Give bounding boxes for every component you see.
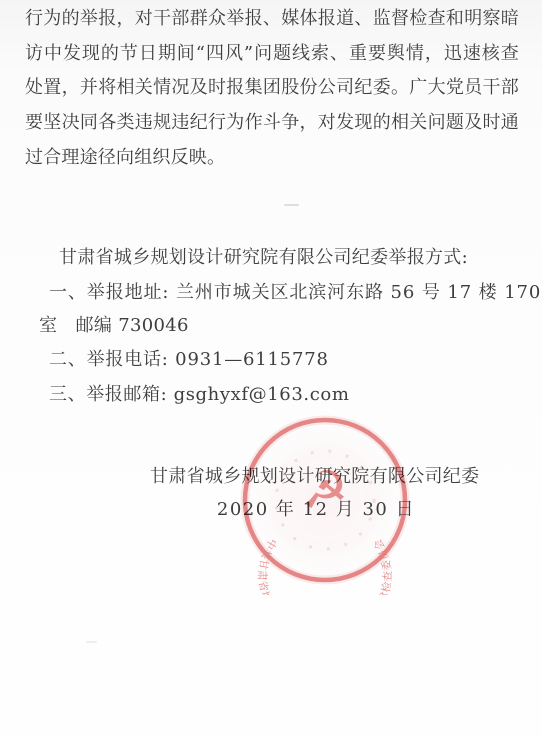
paragraph-line: 要坚决同各类违规违纪行为作斗争，对发现的相关问题及时通 — [25, 106, 519, 141]
paragraph-line: 行为的举报，对干部群众举报、媒体报道、监督检查和明察暗 — [25, 2, 519, 37]
official-seal: 中共甘肃省城乡规划设计研究院有限公司纪律检查委员会 ☭ — [230, 405, 420, 595]
contact-section-heading: 甘肃省城乡规划设计研究院有限公司纪委举报方式: — [59, 246, 468, 270]
scan-speck — [86, 641, 97, 643]
contact-line-address-continued: 室 邮编 730046 — [39, 314, 189, 338]
contact-line-address: 一、举报地址: 兰州市城关区北滨河东路 56 号 17 楼 1707 — [49, 281, 542, 305]
paragraph-line: 访中发现的节日期间“四风”问题线索、重要舆情，迅速核查 — [25, 37, 519, 72]
party-emblem-icon: ☭ — [302, 461, 349, 521]
paragraph-line: 处置，并将相关情况及时报集团股份公司纪委。广大党员干部 — [25, 71, 519, 106]
document-page: 行为的举报，对干部群众举报、媒体报道、监督检查和明察暗 访中发现的节日期间“四风… — [0, 0, 542, 736]
scan-speck — [284, 204, 299, 206]
body-paragraph: 行为的举报，对干部群众举报、媒体报道、监督检查和明察暗 访中发现的节日期间“四风… — [25, 2, 519, 175]
paragraph-line: 过合理途径向组织反映。 — [25, 141, 519, 176]
contact-line-email: 三、举报邮箱: gsghyxf@163.com — [49, 383, 350, 407]
contact-line-phone: 二、举报电话: 0931—6115778 — [49, 348, 329, 372]
